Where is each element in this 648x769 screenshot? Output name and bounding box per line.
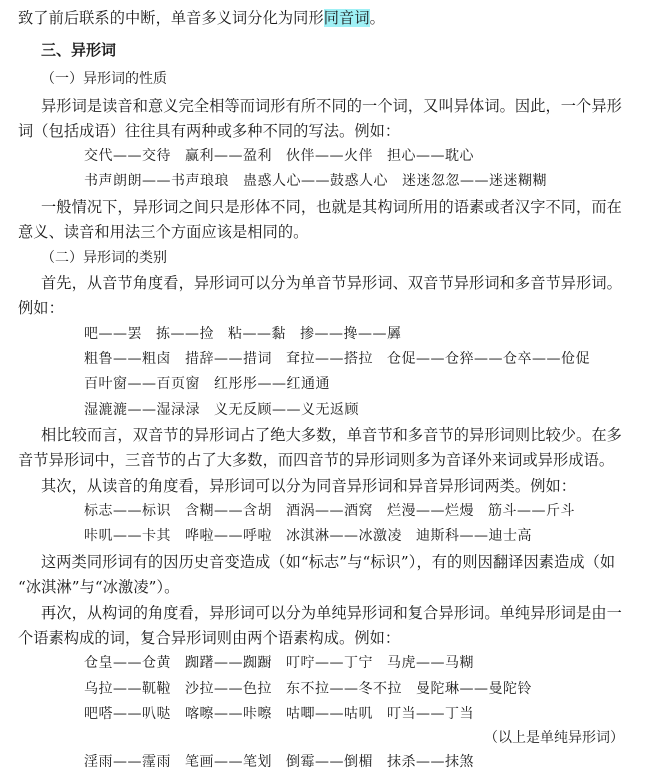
example-row: 交代——交待赢利——盈利伙伴——火伴担心——耽心 — [84, 146, 488, 166]
example-pair: 哗啦——呼啦 — [185, 528, 272, 544]
example-pair: 蛊惑人心——鼓惑人心 — [243, 173, 388, 189]
text: 致了前后联系的中断，单音多义词分化为同形 — [18, 9, 324, 27]
section-heading: 三、异形词 — [41, 40, 116, 60]
example-pair: 叮咛——丁宁 — [286, 655, 373, 671]
paragraph-line: 其次，从读音的角度看，异形词可以分为同音异形词和异音异形词两类。例如： — [41, 476, 576, 496]
example-row: 百叶窗——百页窗红彤彤——红通通 — [84, 374, 344, 394]
example-pair: 烂漫——烂熳 — [387, 503, 474, 519]
example-row: 乌拉——靰鞡沙拉——色拉东不拉——冬不拉曼陀琳——曼陀铃 — [84, 679, 546, 699]
example-pair: 吧嗒——叭哒 — [84, 706, 171, 722]
example-pair: 红彤彤——红通通 — [214, 376, 330, 392]
example-row: 淫雨——霪雨笔画——笔划倒霉——倒楣抹杀——抹煞 — [84, 752, 488, 769]
subsection-heading: （二）异形词的类别 — [41, 248, 167, 268]
example-row: 标志——标识含糊——含胡酒涡——酒窝烂漫——烂熳筋斗——斤斗 — [84, 501, 589, 521]
example-pair: 百叶窗——百页窗 — [84, 376, 200, 392]
example-pair: 含糊——含胡 — [185, 503, 272, 519]
example-pair: 掺——搀——羼 — [300, 326, 402, 342]
paragraph-line: 意义、读音和用法三个方面应该是相同的。 — [18, 222, 308, 242]
example-pair: 踟躇——踟蹰 — [185, 655, 272, 671]
example-pair: 拣——捡 — [156, 326, 214, 342]
paragraph-line: 音节异形词中，三音节的占了大多数，而四音节的异形词则多为音译外来词或异形成语。 — [18, 450, 614, 470]
example-row: 仓皇——仓黄踟躇——踟蹰叮咛——丁宁马虎——马糊 — [84, 653, 488, 673]
example-pair: 东不拉——冬不拉 — [286, 681, 402, 697]
example-pair: 仓皇——仓黄 — [84, 655, 171, 671]
example-pair: 耷拉——搭拉 — [286, 351, 373, 367]
example-pair: 义无反顾——义无返顾 — [214, 402, 359, 418]
example-row: 吧嗒——叭哒喀嚓——咔嚓咕唧——咕叽叮当——丁当 — [84, 704, 488, 724]
example-pair: 喀嚓——咔嚓 — [185, 706, 272, 722]
paragraph-line: 异形词是读音和意义完全相等而词形有所不同的一个词，又叫异体词。因此，一个异形 — [41, 96, 622, 116]
example-pair: 淫雨——霪雨 — [84, 754, 171, 769]
paragraph-line: 一般情况下，异形词之间只是形体不同，也就是其构词所用的语素或者汉字不同，而在 — [41, 197, 622, 217]
example-pair: 担心——耽心 — [387, 148, 474, 164]
highlighted-text: 同音词 — [324, 9, 370, 27]
paragraph-line: 例如： — [18, 298, 64, 318]
example-row: 吧——罢拣——捡粘——黏掺——搀——羼 — [84, 324, 416, 344]
example-pair: 交代——交待 — [84, 148, 171, 164]
example-pair: 笔画——笔划 — [185, 754, 272, 769]
example-row: 粗鲁——粗卤措辞——措词耷拉——搭拉仓促——仓猝——仓卒——伧促 — [84, 349, 604, 369]
example-pair: 湿漉漉——湿渌渌 — [84, 402, 200, 418]
example-pair: 仓促——仓猝——仓卒——伧促 — [387, 351, 590, 367]
example-pair: 迷迷忽忽——迷迷糊糊 — [402, 173, 547, 189]
example-pair: 措辞——措词 — [185, 351, 272, 367]
example-pair: 咕唧——咕叽 — [286, 706, 373, 722]
example-pair: 书声朗朗——书声琅琅 — [84, 173, 229, 189]
example-pair: 乌拉——靰鞡 — [84, 681, 171, 697]
document-page: 致了前后联系的中断，单音多义词分化为同形同音词。 三、异形词 （一）异形词的性质… — [0, 0, 648, 769]
paragraph-line: 首先，从音节角度看，异形词可以分为单音节异形词、双音节异形词和多音节异形词。 — [41, 273, 622, 293]
example-pair: 冰淇淋——冰激凌 — [286, 528, 402, 544]
paragraph-line: 词（包括成语）往往具有两种或多种不同的写法。例如： — [18, 121, 400, 141]
paragraph-line: 致了前后联系的中断，单音多义词分化为同形同音词。 — [18, 8, 385, 28]
example-pair: 粘——黏 — [228, 326, 286, 342]
text: 。 — [370, 9, 385, 27]
example-pair: 标志——标识 — [84, 503, 171, 519]
example-pair: 曼陀琳——曼陀铃 — [416, 681, 532, 697]
example-pair: 迪斯科——迪士高 — [416, 528, 532, 544]
example-pair: 赢利——盈利 — [185, 148, 272, 164]
example-pair: 吧——罢 — [84, 326, 142, 342]
paragraph-line: 相比较而言，双音节的异形词占了绝大多数，单音节和多音节的异形词则比较少。在多 — [41, 425, 622, 445]
paragraph-line: 这两类同形词有的因历史音变造成（如“标志”与“标识”），有的则因翻译因素造成（如 — [41, 552, 615, 572]
example-pair: 粗鲁——粗卤 — [84, 351, 171, 367]
example-pair: 倒霉——倒楣 — [286, 754, 373, 769]
example-pair: 咔叽——卡其 — [84, 528, 171, 544]
example-row: 湿漉漉——湿渌渌义无反顾——义无返顾 — [84, 400, 373, 420]
example-row: 书声朗朗——书声琅琅蛊惑人心——鼓惑人心迷迷忽忽——迷迷糊糊 — [84, 171, 561, 191]
example-pair: 沙拉——色拉 — [185, 681, 272, 697]
example-pair: 抹杀——抹煞 — [387, 754, 474, 769]
subsection-heading: （一）异形词的性质 — [41, 69, 167, 89]
example-pair: 叮当——丁当 — [387, 706, 474, 722]
paragraph-line: 再次，从构词的角度看，异形词可以分为单纯异形词和复合异形词。单纯异形词是由一 — [41, 603, 622, 623]
note-text: （以上是单纯异形词） — [484, 728, 624, 748]
paragraph-line: 个语素构成的词，复合异形词则由两个语素构成。例如： — [18, 628, 400, 648]
example-pair: 伙伴——火伴 — [286, 148, 373, 164]
example-pair: 酒涡——酒窝 — [286, 503, 373, 519]
example-row: 咔叽——卡其哗啦——呼啦冰淇淋——冰激凌迪斯科——迪士高 — [84, 526, 546, 546]
paragraph-line: “冰淇淋”与“冰激凌”）。 — [18, 577, 179, 597]
example-pair: 马虎——马糊 — [387, 655, 474, 671]
example-pair: 筋斗——斤斗 — [488, 503, 575, 519]
